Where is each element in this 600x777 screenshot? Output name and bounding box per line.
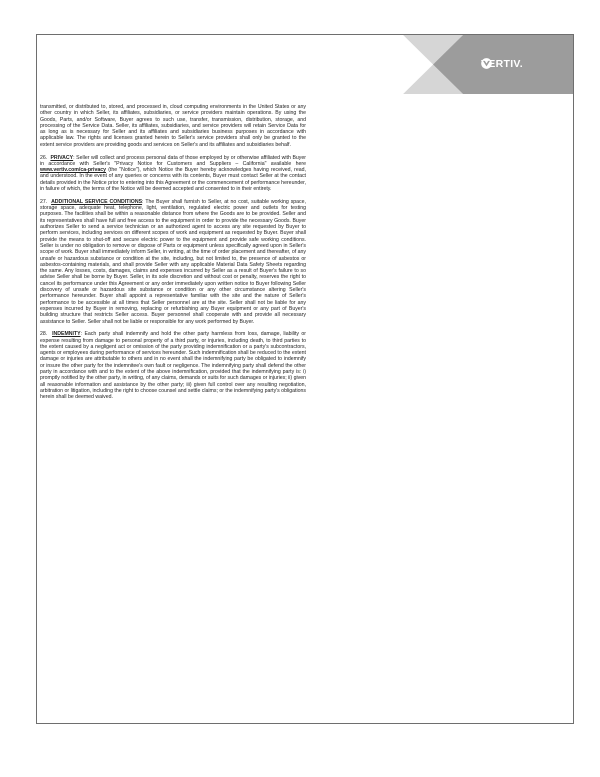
paragraph-28-indemnity: 28. INDEMNITY: Each party shall indemnif… (40, 331, 306, 400)
section-heading: INDEMNITY (52, 331, 81, 337)
paragraph-text: : The Buyer shall furnish to Seller, at … (40, 199, 306, 325)
paragraph-26-privacy: 26. PRIVACY: Seller will collect and pro… (40, 155, 306, 193)
header-banner: VERTIV. (403, 35, 573, 94)
document-body: transmitted, or distributed to, stored, … (40, 104, 306, 407)
paragraph-text: : Each party shall indemnify and hold th… (40, 331, 306, 400)
document-page: VERTIV. transmitted, or distributed to, … (36, 34, 574, 724)
section-number: 26. (40, 155, 47, 161)
section-heading: PRIVACY (50, 155, 73, 161)
section-number: 27. (40, 199, 47, 205)
paragraph-25-continued: transmitted, or distributed to, stored, … (40, 104, 306, 148)
section-heading: ADDITIONAL SERVICE CONDITIONS (51, 199, 142, 205)
privacy-notice-link[interactable]: www.vertiv.com/ca-privacy (40, 167, 106, 173)
vertiv-logo: VERTIV. (481, 58, 523, 70)
paragraph-27-additional-service-conditions: 27. ADDITIONAL SERVICE CONDITIONS: The B… (40, 199, 306, 325)
paragraph-text: : Seller will collect and process person… (40, 155, 306, 167)
section-number: 28. (40, 331, 47, 337)
vertiv-chevron-circle-icon (481, 58, 492, 69)
paragraph-text: transmitted, or distributed to, stored, … (40, 104, 306, 148)
